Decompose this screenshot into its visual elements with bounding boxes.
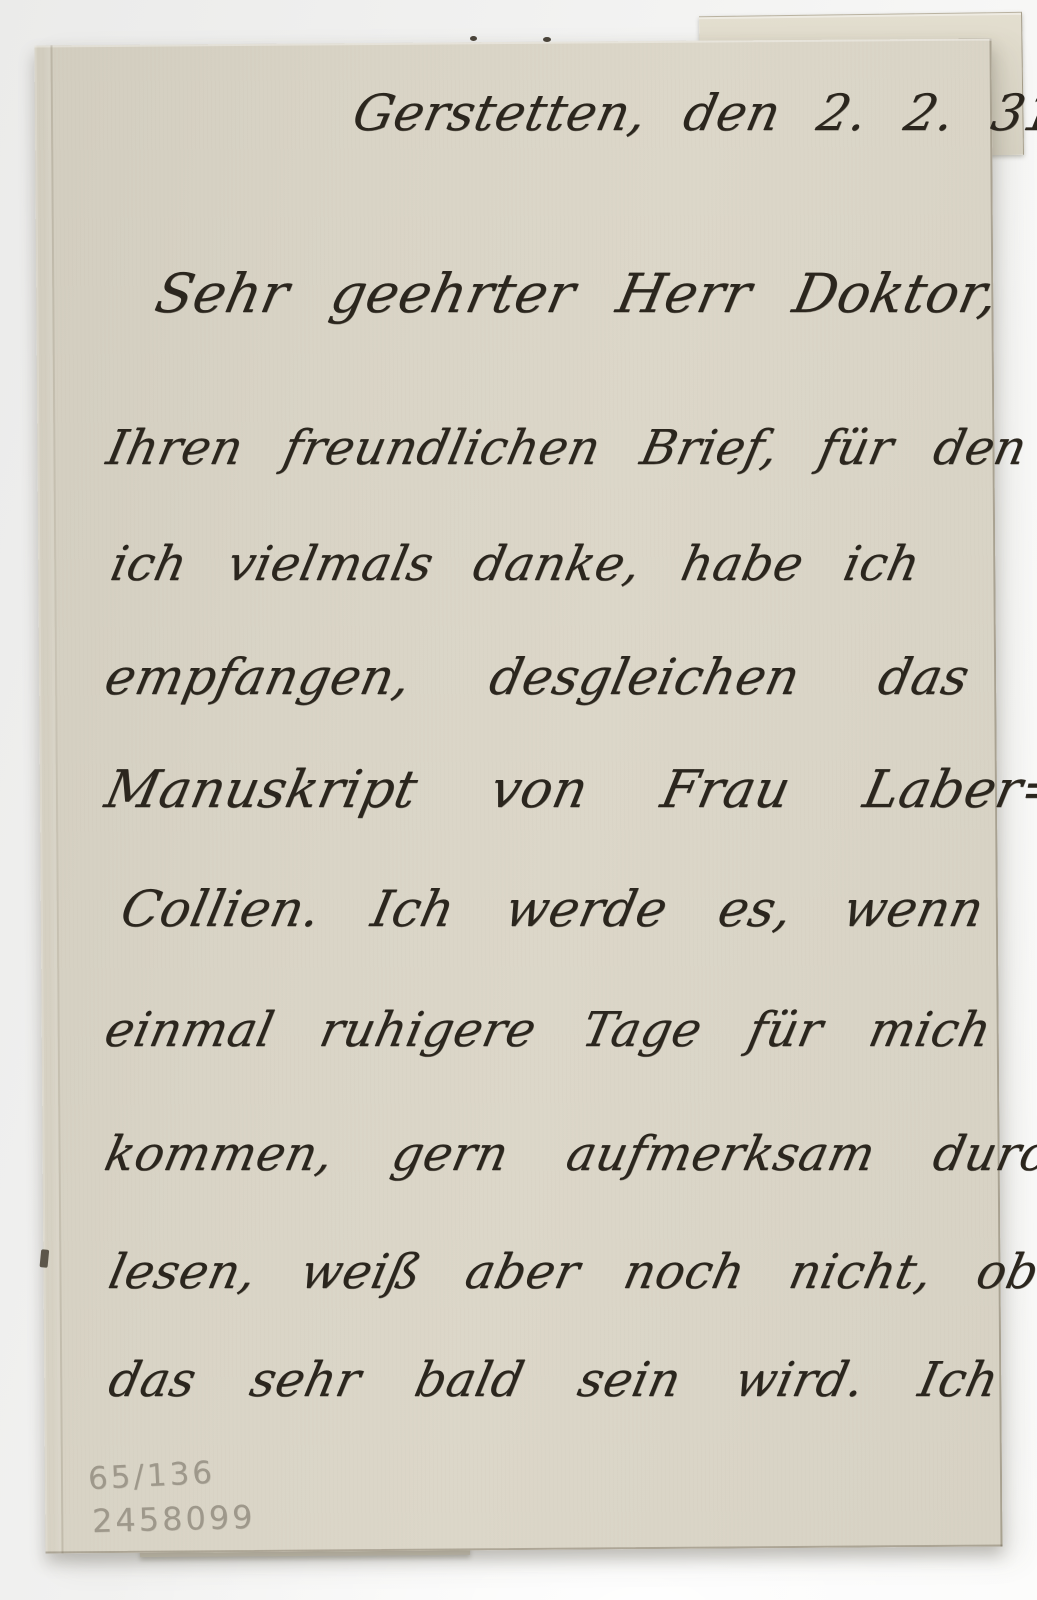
letter-sheet [34, 39, 1002, 1554]
ink-speck [543, 37, 551, 42]
paper-crease-line [50, 45, 63, 1553]
ink-speck [470, 36, 477, 41]
paper-edge-notch [40, 1249, 50, 1268]
